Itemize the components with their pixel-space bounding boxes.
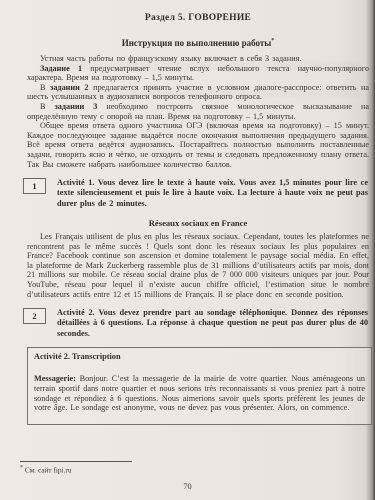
instructions-summary-paragraph: Общее время ответа одного участника ОГЭ … (27, 121, 369, 169)
instructions-intro-paragraph: Устная часть работы по французскому язык… (27, 54, 369, 64)
transcription-box: Activité 2. Transcription Messagerie: Bo… (27, 347, 372, 425)
task3-prefix: В (40, 102, 55, 111)
activity2-number-box: 2 (23, 308, 46, 324)
activity2-instruction: Activité 2. Vous devez prendre part au s… (57, 308, 369, 339)
instructions-heading: Инструкция по выполнению работы* (27, 38, 369, 48)
instructions-heading-text: Инструкция по выполнению работы (122, 38, 272, 48)
page-number: 70 (0, 482, 375, 491)
transcription-text: Bonjour. C’est la messagerie de la mairi… (34, 374, 365, 412)
footnote-block: * См. сайт fipi.ru (20, 461, 132, 474)
task2-prefix: В (40, 83, 50, 92)
reading-text-title: Réseaux sociaux en France (27, 218, 369, 228)
scanned-document-page: Раздел 5. ГОВОРЕНИЕ Инструкция по выполн… (0, 0, 375, 500)
page-content: Раздел 5. ГОВОРЕНИЕ Инструкция по выполн… (0, 0, 375, 425)
activity2-block: 2 Activité 2. Vous devez prendre part au… (23, 308, 369, 339)
footnote-rule (20, 461, 132, 462)
activity1-number-box: 1 (23, 178, 46, 194)
section-title: Раздел 5. ГОВОРЕНИЕ (27, 13, 369, 23)
task3-paragraph: В задании 3 необходимо построить связное… (27, 102, 369, 121)
footnote-text: См. сайт fipi.ru (23, 465, 71, 474)
task1-paragraph: Задание 1 предусматривает чтение вслух н… (27, 64, 369, 83)
task1-label: Задание 1 (40, 64, 82, 73)
task2-paragraph: В задании 2 предлагается принять участие… (27, 83, 369, 102)
reading-text-body: Les Français utilisent de plus en plus l… (27, 232, 369, 299)
task3-label: задании 3 (55, 102, 98, 111)
task2-label: задании 2 (50, 83, 88, 92)
footnote-mark: * (271, 38, 274, 44)
transcription-paragraph: Messagerie: Bonjour. C’est la messagerie… (34, 374, 365, 413)
activity1-instruction: Activité 1. Vous devez lire le texte à h… (57, 178, 369, 209)
activity1-block: 1 Activité 1. Vous devez lire le texte à… (23, 178, 369, 209)
transcription-speaker: Messagerie: (34, 374, 76, 383)
transcription-heading: Activité 2. Transcription (34, 352, 365, 361)
footnote-text-line: * См. сайт fipi.ru (20, 465, 132, 474)
